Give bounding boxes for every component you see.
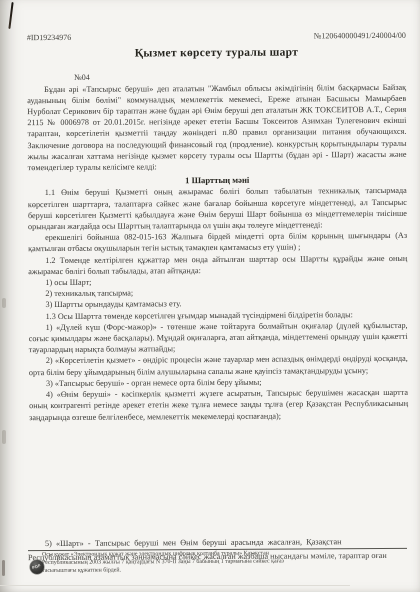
definition-4: 4) «Өнім беруші» - кәсіпкерлік қызметті … [29, 387, 408, 423]
pen-mark-artifact [8, 2, 14, 29]
definition-1: 1) «Дүлей күш (Форс-мажор)» - төтенше жә… [29, 320, 408, 356]
scan-smudge [2, 430, 6, 444]
spec-line: ерекшелігі бойынша 082-015-163 Жалпыға б… [28, 230, 407, 255]
scanned-contract-page: #ID19234976 №120640000491/240004/00 Қызм… [0, 0, 420, 592]
footnote-line-3: тасығыштағы құжатпен бірдей. [42, 566, 347, 576]
scan-smudge [2, 298, 6, 308]
page-title: Қызмет көрсету туралы шарт [27, 47, 406, 61]
clause-1-2: 1.2 Төменде келтірілген құжаттар мен онд… [28, 252, 407, 277]
scan-smudge [2, 560, 5, 576]
doc-id: #ID19234976 [27, 32, 72, 43]
pdf-stamp-label: PDF [31, 563, 41, 571]
electronic-document-footnote: Осы құжат «Электрондық құжат және электр… [42, 550, 347, 575]
intro-paragraph: Бұдан әрі «Тапсырыс беруші» деп аталатын… [27, 81, 407, 173]
document-header-row: #ID19234976 №120640000491/240004/00 [27, 30, 406, 44]
definition-5-line-1: 5) «Шарт» - Тапсырыс беруші мен Өнім бер… [28, 536, 407, 552]
doc-ref-number: №120640000491/240004/00 [314, 30, 406, 42]
clause-1-1: 1.1 Өнім беруші Қызметті оның ажырамас б… [28, 185, 407, 232]
scan-fold-line [0, 585, 350, 586]
document-content: #ID19234976 №120640000491/240004/00 Қызм… [27, 30, 408, 423]
definition-2: 2) «Көрсетілетін қызмет» - өндіріс проце… [29, 353, 408, 378]
